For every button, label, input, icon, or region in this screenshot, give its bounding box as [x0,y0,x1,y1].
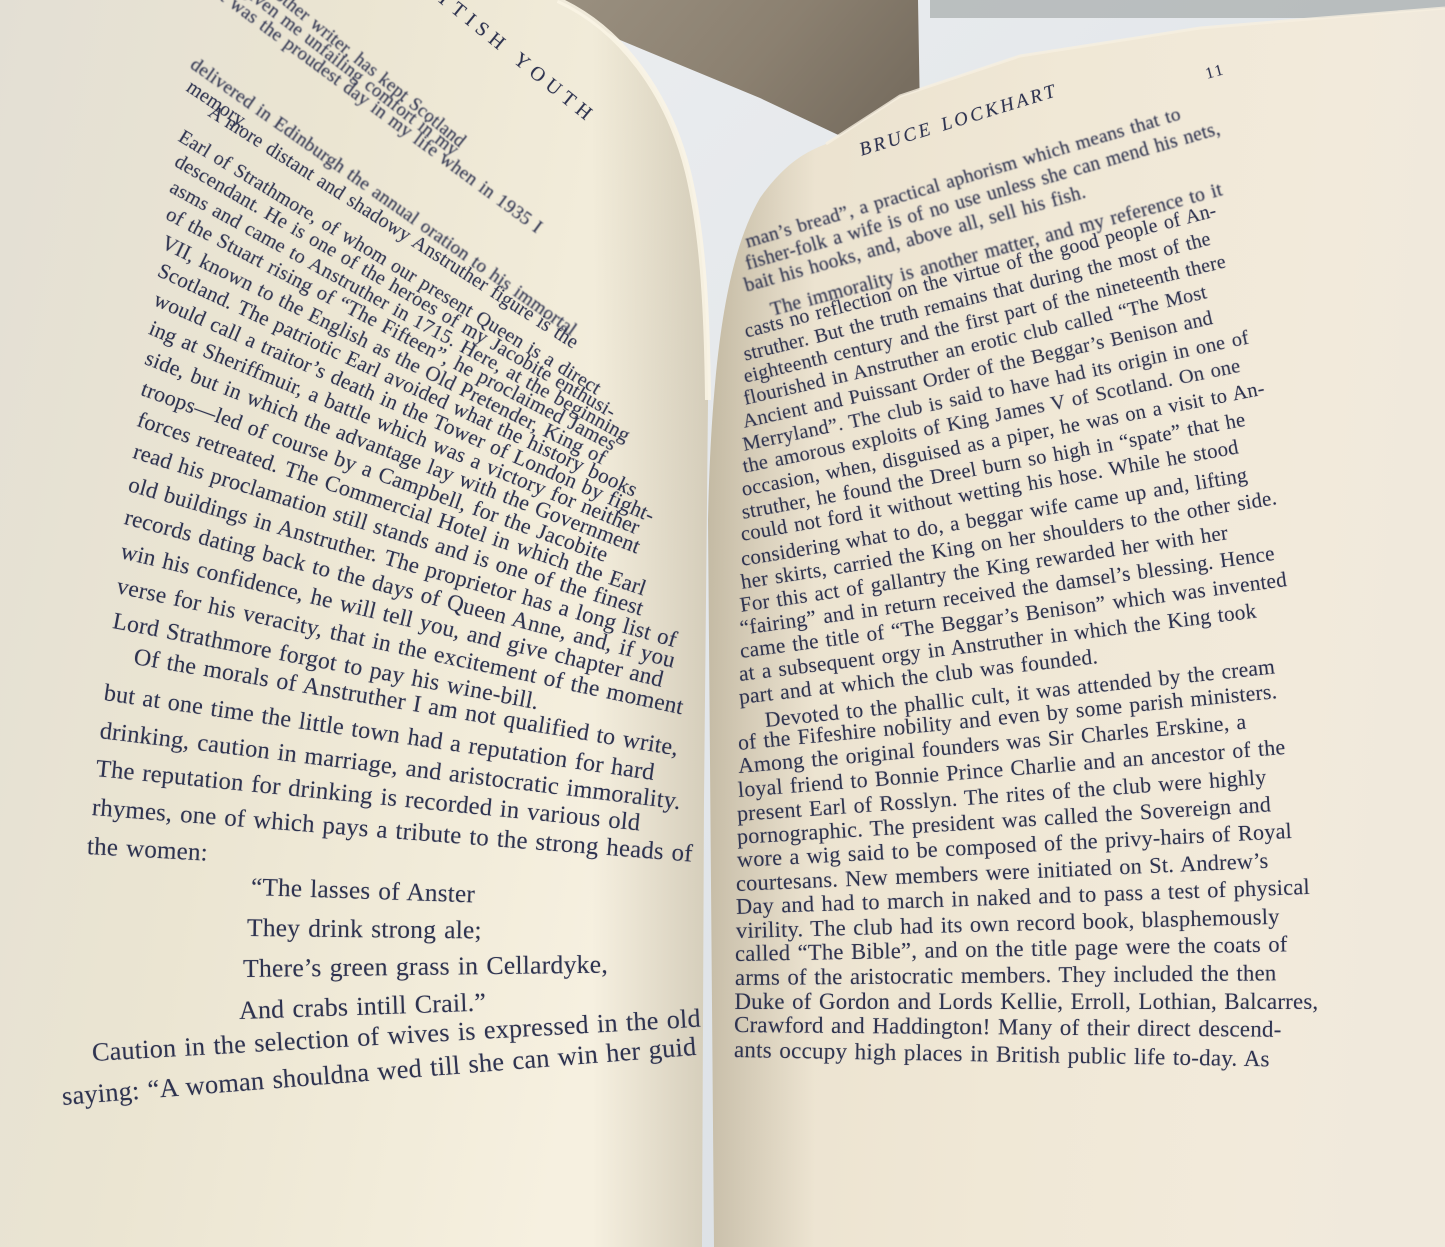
right-page-paper [708,8,1445,1247]
book-photo-backdrop [0,0,1445,1247]
gutter-shadow-right [700,40,815,1247]
book-photo: SCOTTISH YOUTH more than any other write… [0,0,1445,1247]
